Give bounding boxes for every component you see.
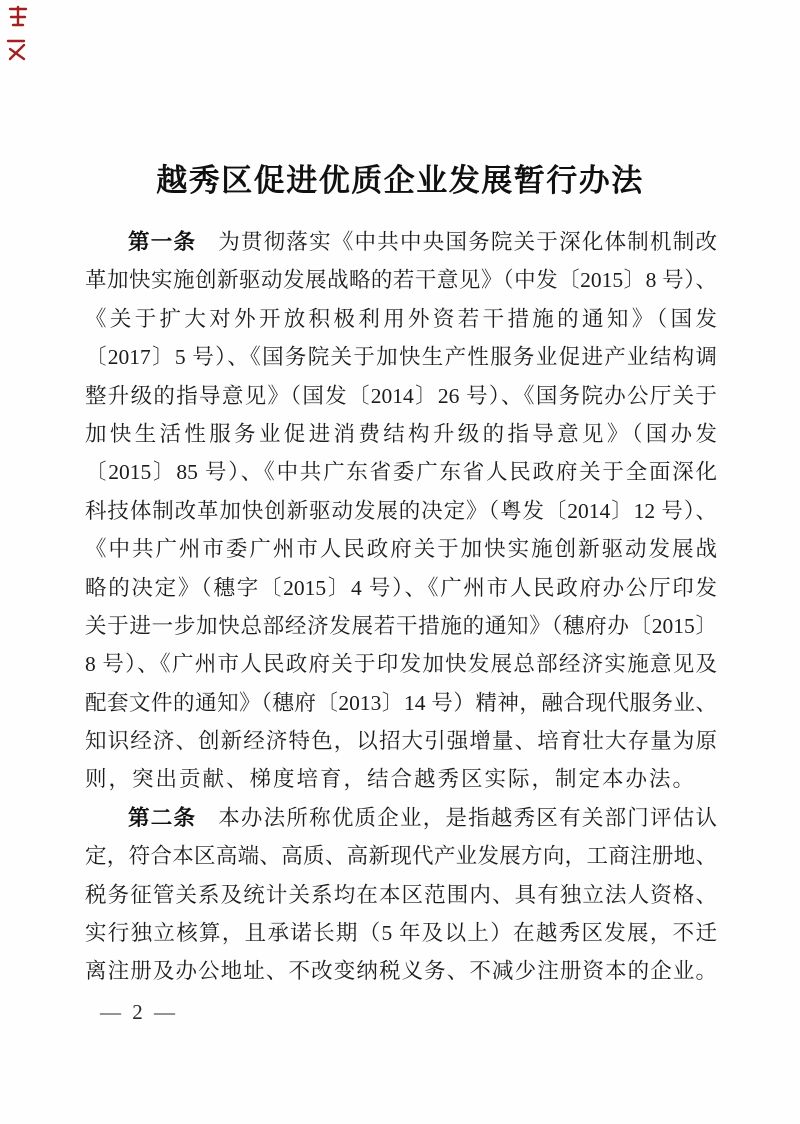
body-line-text: 关于进一步加快总部经济发展若干措施的通知》（穗府办〔2015〕 bbox=[85, 614, 717, 638]
body-line-text: 整升级的指导意见》（国发〔2014〕26 号）、《国务院办公厅关于 bbox=[85, 384, 717, 408]
body-line-text: 《关于扩大对外开放积极利用外资若干措施的通知》（国发 bbox=[85, 307, 717, 331]
red-stamp-mark-icon bbox=[4, 5, 32, 63]
body-line-text: 8 号）、《广州市人民政府关于印发加快发展总部经济实施意见及 bbox=[85, 652, 717, 676]
body-line: 科技体制改革加快创新驱动发展的决定》（粤发〔2014〕12 号）、 bbox=[85, 492, 717, 530]
body-line: 略的决定》（穗字〔2015〕4 号）、《广州市人民政府办公厅印发 bbox=[85, 569, 717, 607]
article-number: 第一条 bbox=[128, 230, 196, 254]
body-line-text: 科技体制改革加快创新驱动发展的决定》（粤发〔2014〕12 号）、 bbox=[85, 499, 717, 523]
body-line: 离注册及办公地址、不改变纳税义务、不减少注册资本的企业。 bbox=[85, 952, 717, 990]
body-line: 则，突出贡献、梯度培育，结合越秀区实际，制定本办法。 bbox=[85, 760, 717, 798]
page-number: — 2 — bbox=[100, 1000, 178, 1025]
body-line: 税务征管关系及统计关系均在本区范围内、具有独立法人资格、 bbox=[85, 876, 717, 914]
page-title: 越秀区促进优质企业发展暂行办法 bbox=[0, 155, 800, 200]
body-line: 〔2017〕5 号）、《国务院关于加快生产性服务业促进产业结构调 bbox=[85, 338, 717, 376]
body-line: 关于进一步加快总部经济发展若干措施的通知》（穗府办〔2015〕 bbox=[85, 607, 717, 645]
body-line: 知识经济、创新经济特色，以招大引强增量、培育壮大存量为原 bbox=[85, 722, 717, 760]
body-line-text: 革加快实施创新驱动发展战略的若干意见》（中发〔2015〕8 号）、 bbox=[85, 268, 717, 292]
body-line: 加快生活性服务业促进消费结构升级的指导意见》（国办发 bbox=[85, 415, 717, 453]
body-line-text: 为贯彻落实《中共中央国务院关于深化体制机制改 bbox=[218, 230, 717, 254]
body-line-text: 加快生活性服务业促进消费结构升级的指导意见》（国办发 bbox=[85, 422, 717, 446]
body-line-text: 税务征管关系及统计关系均在本区范围内、具有独立法人资格、 bbox=[85, 883, 717, 907]
body-line: 定，符合本区高端、高质、高新现代产业发展方向，工商注册地、 bbox=[85, 837, 717, 875]
body-line-text: 则，突出贡献、梯度培育，结合越秀区实际，制定本办法。 bbox=[85, 767, 696, 791]
body-line-text: 《中共广州市委广州市人民政府关于加快实施创新驱动发展战 bbox=[85, 537, 717, 561]
body-line-text: 略的决定》（穗字〔2015〕4 号）、《广州市人民政府办公厅印发 bbox=[85, 576, 717, 600]
document-page: 越秀区促进优质企业发展暂行办法 第一条为贯彻落实《中共中央国务院关于深化体制机制… bbox=[0, 0, 800, 1124]
body-line: 整升级的指导意见》（国发〔2014〕26 号）、《国务院办公厅关于 bbox=[85, 377, 717, 415]
article-number: 第二条 bbox=[128, 806, 196, 830]
body-line: 实行独立核算，且承诺长期（5 年及以上）在越秀区发展，不迁 bbox=[85, 914, 717, 952]
body-line: 第一条为贯彻落实《中共中央国务院关于深化体制机制改 bbox=[85, 223, 717, 261]
body-line-text: 实行独立核算，且承诺长期（5 年及以上）在越秀区发展，不迁 bbox=[85, 921, 717, 945]
body-line-text: 配套文件的通知》（穗府〔2013〕14 号）精神，融合现代服务业、 bbox=[85, 691, 717, 715]
body-line: 第二条本办法所称优质企业，是指越秀区有关部门评估认 bbox=[85, 799, 717, 837]
body-line-text: 知识经济、创新经济特色，以招大引强增量、培育壮大存量为原 bbox=[85, 729, 717, 753]
body-line-text: 定，符合本区高端、高质、高新现代产业发展方向，工商注册地、 bbox=[85, 844, 717, 868]
body-line: 革加快实施创新驱动发展战略的若干意见》（中发〔2015〕8 号）、 bbox=[85, 261, 717, 299]
body-line-text: 本办法所称优质企业，是指越秀区有关部门评估认 bbox=[218, 806, 717, 830]
body-line-text: 离注册及办公地址、不改变纳税义务、不减少注册资本的企业。 bbox=[85, 959, 717, 983]
body-line: 《关于扩大对外开放积极利用外资若干措施的通知》（国发 bbox=[85, 300, 717, 338]
body-line: 〔2015〕85 号）、《中共广东省委广东省人民政府关于全面深化 bbox=[85, 453, 717, 491]
body-line: 《中共广州市委广州市人民政府关于加快实施创新驱动发展战 bbox=[85, 530, 717, 568]
body-line-text: 〔2015〕85 号）、《中共广东省委广东省人民政府关于全面深化 bbox=[85, 460, 717, 484]
document-body: 第一条为贯彻落实《中共中央国务院关于深化体制机制改革加快实施创新驱动发展战略的若… bbox=[85, 223, 717, 991]
body-line-text: 〔2017〕5 号）、《国务院关于加快生产性服务业促进产业结构调 bbox=[85, 345, 717, 369]
body-line: 8 号）、《广州市人民政府关于印发加快发展总部经济实施意见及 bbox=[85, 645, 717, 683]
body-line: 配套文件的通知》（穗府〔2013〕14 号）精神，融合现代服务业、 bbox=[85, 684, 717, 722]
